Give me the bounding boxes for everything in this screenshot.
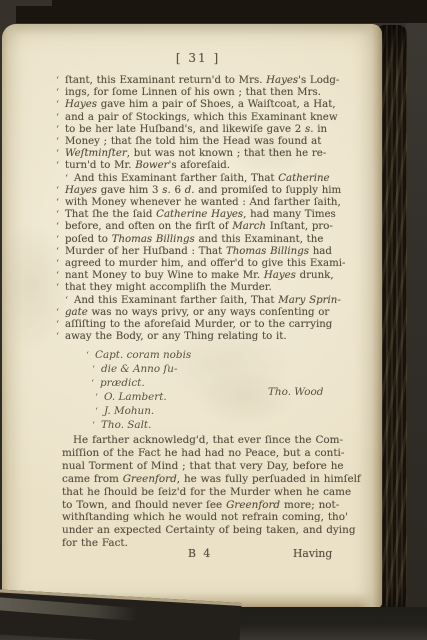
paragraph-line: He farther acknowledg'd, that ever ſince… <box>62 434 361 447</box>
deposition-line: ‘That ſhe the ſaid Catherine Hayes, had … <box>65 209 345 221</box>
quote-mark: ‘ <box>56 87 65 99</box>
deposition-line: ‘ſtant, this Examinant return'd to Mrs. … <box>65 75 345 87</box>
paragraph-line: to Town, and ſhould never ſee Greenford … <box>62 499 361 512</box>
deposition-line: ‘poſed to Thomas Billings and this Exami… <box>65 234 345 246</box>
attestation-line: ‘prædict. <box>95 377 191 391</box>
deposition-line: ‘And this Examinant farther ſaith, That … <box>65 173 345 185</box>
deposition-line: ‘gate was no ways privy, or any ways con… <box>65 307 345 319</box>
attestation-line: ‘Tho. Salt. <box>95 419 191 433</box>
quote-mark: ‘ <box>56 221 65 233</box>
attestation-line: ‘Capt. coram nobis <box>95 349 191 363</box>
deposition-line: ‘Murder of her Huſband : That Thomas Bil… <box>65 246 345 258</box>
scan-background-right <box>406 0 427 640</box>
scanned-book-photo: { "colors":{ "paper":"#eae1c7", "ink":"#… <box>0 0 427 640</box>
attestation-line: ‘die & Anno ſu- <box>95 363 191 377</box>
book-page: [ 31 ] ‘ſtant, this Examinant return'd t… <box>2 24 382 608</box>
closing-paragraph: He farther acknowledg'd, that ever ſince… <box>62 434 361 550</box>
paragraph-line: that he ſhould be ſeiz'd for the Murder … <box>62 486 361 499</box>
deposition-line: ‘before, and often on the firſt of March… <box>65 221 345 233</box>
quote-mark: ‘ <box>56 185 65 197</box>
quote-mark: ‘ <box>56 282 65 294</box>
deposition-line: ‘away the Body, or any Thing relating to… <box>65 331 345 343</box>
deposition-line: ‘Weſtminſter, but was not known ; that t… <box>65 148 345 160</box>
quote-mark: ‘ <box>95 392 104 405</box>
deposition-line: ‘agreed to murder him, and offer'd to gi… <box>65 258 345 270</box>
book-cover-edge <box>0 0 427 26</box>
gathering-signature-mark: B 4 <box>188 547 212 560</box>
quote-mark: ‘ <box>65 295 74 307</box>
paragraph-line: came from Greenford, he was fully perſua… <box>62 473 361 486</box>
quote-mark: ‘ <box>56 99 65 111</box>
attestation-line: ‘J. Mohun. <box>95 405 191 419</box>
attestation-line: ‘O. Lambert. <box>95 391 191 405</box>
quote-mark: ‘ <box>56 209 65 221</box>
quote-mark: ‘ <box>56 197 65 209</box>
catchword: Having <box>293 547 332 560</box>
deposition-line: ‘ings, for ſome Linnen of his own ; that… <box>65 87 345 99</box>
quote-mark: ‘ <box>56 75 65 87</box>
quote-mark: ‘ <box>56 148 65 160</box>
deposition-line: ‘And this Examinant farther ſaith, That … <box>65 295 345 307</box>
quote-mark: ‘ <box>56 246 65 258</box>
paragraph-line: nual Torment of Mind ; that that very Da… <box>62 460 361 473</box>
deposition-line: ‘Hayes gave him 3 s. 6 d. and promiſed t… <box>65 185 345 197</box>
quote-mark: ‘ <box>56 307 65 319</box>
quote-mark: ‘ <box>92 420 101 433</box>
deposition-line: ‘Money ; that ſhe told him the Head was … <box>65 136 345 148</box>
quote-mark: ‘ <box>56 124 65 136</box>
paragraph-line: withſtanding which he would not refrain … <box>62 511 361 524</box>
attestation-block: ‘Capt. coram nobis‘die & Anno ſu-‘prædic… <box>95 349 191 432</box>
quote-mark: ‘ <box>56 160 65 172</box>
deposition-line: ‘aſſiſting to the aforeſaid Murder, or t… <box>65 319 345 331</box>
deposition-line: ‘with Money whenever he wanted : And far… <box>65 197 345 209</box>
quote-mark: ‘ <box>56 331 65 343</box>
deposition-line: ‘to be her late Huſband's, and likewiſe … <box>65 124 345 136</box>
deposition-line: ‘nant Money to buy Wine to make Mr. Haye… <box>65 270 345 282</box>
quote-mark: ‘ <box>56 136 65 148</box>
paragraph-line: miſſion of the Fact he had had no Peace,… <box>62 447 361 460</box>
quote-mark: ‘ <box>56 258 65 270</box>
book-fore-edge <box>378 25 407 615</box>
witness-signature: Tho. Wood <box>268 386 323 398</box>
quote-mark: ‘ <box>56 234 65 246</box>
quote-mark: ‘ <box>95 406 104 419</box>
paragraph-line: under an expected Certainty of being tak… <box>62 524 361 537</box>
quote-mark: ‘ <box>86 350 95 363</box>
quote-mark: ‘ <box>92 364 101 377</box>
deposition-line: ‘and a pair of Stockings, which this Exa… <box>65 112 345 124</box>
quote-mark: ‘ <box>56 319 65 331</box>
quote-mark: ‘ <box>56 270 65 282</box>
quote-mark: ‘ <box>65 173 74 185</box>
page-number: [ 31 ] <box>152 51 244 65</box>
quote-mark: ‘ <box>56 112 65 124</box>
deposition-block: ‘ſtant, this Examinant return'd to Mrs. … <box>65 75 345 343</box>
quote-mark: ‘ <box>91 378 100 391</box>
deposition-line: ‘that they might accompliſh the Murder. <box>65 282 345 294</box>
deposition-line: ‘turn'd to Mr. Bower's aforeſaid. <box>65 160 345 172</box>
deposition-line: ‘Hayes gave him a pair of Shoes, a Waiſt… <box>65 99 345 111</box>
